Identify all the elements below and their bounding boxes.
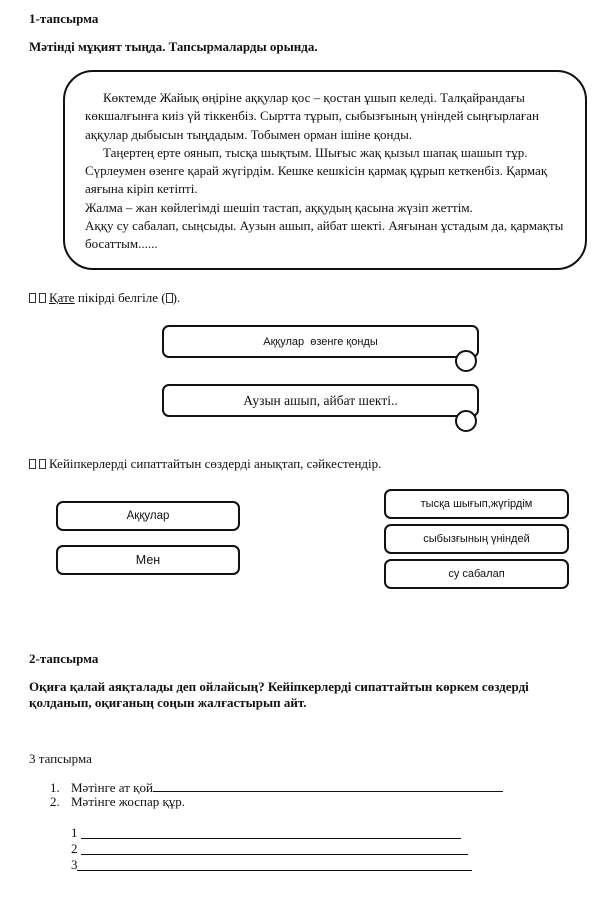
- matching-instruction: Кейіпкерлерді сипаттайтын сөздерді анықт…: [29, 456, 381, 472]
- plan-answer-line-1[interactable]: [81, 825, 461, 839]
- missing-glyph-icon: [39, 293, 46, 303]
- statement-text: Аққулар өзенге қонды: [263, 336, 378, 348]
- statement-2-checkbox-circle[interactable]: [455, 410, 477, 432]
- description-box-1[interactable]: тысқа шығып,жүгірдім: [384, 489, 569, 519]
- character-box-2[interactable]: Мен: [56, 545, 240, 575]
- task2-instruction: Оқиға қалай аяқталады деп ойлайсың? Кейі…: [29, 679, 589, 711]
- character-box-1[interactable]: Аққулар: [56, 501, 240, 531]
- missing-glyph-icon: [166, 293, 173, 303]
- missing-glyph-icon: [29, 459, 36, 469]
- task2-title: 2-тапсырма: [29, 651, 98, 667]
- plan-line-label-1: 1: [71, 825, 78, 841]
- story-paragraph-3: Жалма – жан көйлегімді шешіп тастап, аққ…: [85, 199, 567, 217]
- description-box-3[interactable]: су сабалап: [384, 559, 569, 589]
- story-text-box: Көктемде Жайық өңіріне аққулар қос – қос…: [63, 70, 587, 270]
- task1-title: 1-тапсырма: [29, 11, 98, 27]
- plan-answer-line-3[interactable]: [77, 857, 472, 871]
- statement-1-checkbox-circle[interactable]: [455, 350, 477, 372]
- plan-line-label-2: 2: [71, 841, 78, 857]
- plan-answer-line-2[interactable]: [81, 841, 468, 855]
- task3-item-2: 2.Мәтінге жоспар құр.: [50, 794, 185, 810]
- statement-box-2: Аузын ашып, айбат шекті..: [162, 384, 479, 417]
- underlined-word: Қате: [49, 290, 75, 305]
- story-paragraph-2: Таңертең ерте оянып, тысқа шықтым. Шығыс…: [85, 144, 567, 199]
- statement-text: Аузын ашып, айбат шекті..: [243, 393, 397, 409]
- story-paragraph-4: Аққу су сабалап, сыңсыды. Аузын ашып, ай…: [85, 217, 567, 254]
- missing-glyph-icon: [39, 459, 46, 469]
- task3-title: 3 тапсырма: [29, 751, 92, 767]
- story-paragraph-1: Көктемде Жайық өңіріне аққулар қос – қос…: [85, 89, 567, 144]
- false-statement-instruction: Қате пікірді белгіле ().: [29, 290, 180, 306]
- task1-instruction: Мәтінді мұқият тыңда. Тапсырмаларды орын…: [29, 39, 318, 55]
- missing-glyph-icon: [29, 293, 36, 303]
- title-answer-line[interactable]: [153, 778, 503, 792]
- statement-box-1: Аққулар өзенге қонды: [162, 325, 479, 358]
- description-box-2[interactable]: сыбызғының үніндей: [384, 524, 569, 554]
